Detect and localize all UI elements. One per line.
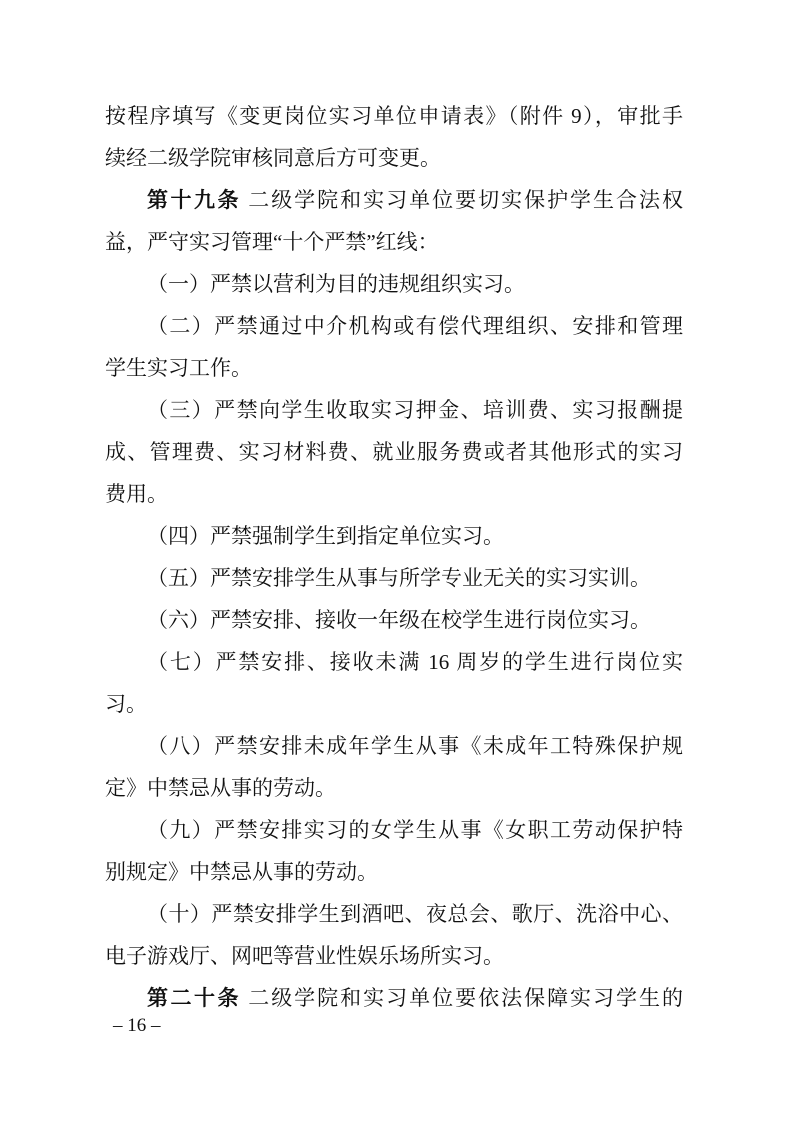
doc-line: 按程序填写《变更岗位实习单位申请表》（附件 9），审批手: [105, 95, 683, 137]
doc-line-item-6: （六）严禁安排、接收一年级在校学生进行岗位实习。: [105, 599, 683, 641]
doc-line-item-3: （三）严禁向学生收取实习押金、培训费、实习报酬提: [105, 389, 683, 431]
doc-line-item-4: （四）严禁强制学生到指定单位实习。: [105, 515, 683, 557]
doc-line-article-20: 第二十条 二级学院和实习单位要依法保障实习学生的: [105, 977, 683, 1019]
doc-line: 习。: [105, 683, 683, 725]
doc-line-item-7: （七）严禁安排、接收未满 16 周岁的学生进行岗位实: [105, 641, 683, 683]
page-number: – 16 –: [113, 1013, 161, 1039]
doc-line: 学生实习工作。: [105, 347, 683, 389]
doc-line-item-9: （九）严禁安排实习的女学生从事《女职工劳动保护特: [105, 809, 683, 851]
doc-line: 定》中禁忌从事的劳动。: [105, 767, 683, 809]
doc-line-item-2: （二）严禁通过中介机构或有偿代理组织、安排和管理: [105, 305, 683, 347]
doc-line: 成、管理费、实习材料费、就业服务费或者其他形式的实习: [105, 431, 683, 473]
doc-line-item-5: （五）严禁安排学生从事与所学专业无关的实习实训。: [105, 557, 683, 599]
document-body: 按程序填写《变更岗位实习单位申请表》（附件 9），审批手 续经二级学院审核同意后…: [105, 95, 683, 1019]
doc-line: 益，严守实习管理“十个严禁”红线：: [105, 221, 683, 263]
article-number: 第十九条: [147, 188, 241, 212]
document-page: 按程序填写《变更岗位实习单位申请表》（附件 9），审批手 续经二级学院审核同意后…: [0, 0, 793, 1122]
doc-line: 费用。: [105, 473, 683, 515]
doc-line-article-19: 第十九条 二级学院和实习单位要切实保护学生合法权: [105, 179, 683, 221]
doc-line: 别规定》中禁忌从事的劳动。: [105, 851, 683, 893]
doc-line-item-1: （一）严禁以营利为目的违规组织实习。: [105, 263, 683, 305]
doc-line: 续经二级学院审核同意后方可变更。: [105, 137, 683, 179]
doc-line: 电子游戏厅、网吧等营业性娱乐场所实习。: [105, 935, 683, 977]
article-text: 二级学院和实习单位要依法保障实习学生的: [241, 986, 683, 1010]
article-text: 二级学院和实习单位要切实保护学生合法权: [241, 188, 683, 212]
article-number: 第二十条: [147, 986, 241, 1010]
doc-line-item-8: （八）严禁安排未成年学生从事《未成年工特殊保护规: [105, 725, 683, 767]
doc-line-item-10: （十）严禁安排学生到酒吧、夜总会、歌厅、洗浴中心、: [105, 893, 683, 935]
